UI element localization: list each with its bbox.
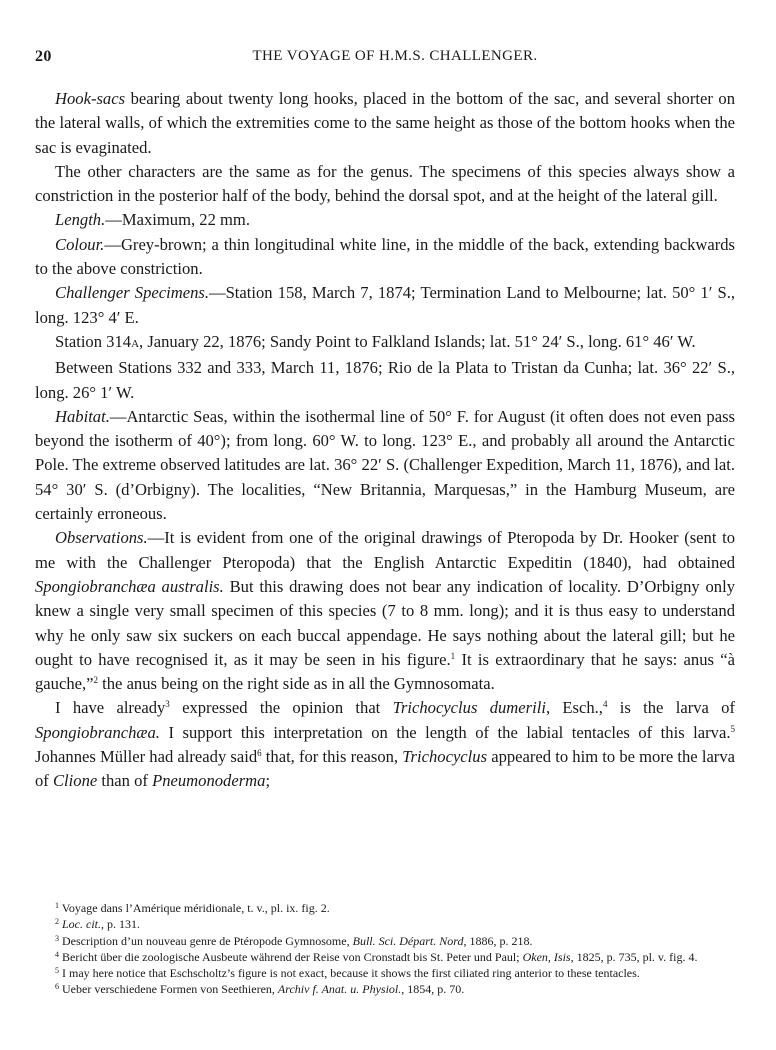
paragraph-text: I have already: [55, 698, 165, 717]
species-name: Pneumonoderma: [152, 771, 265, 790]
footnote-text: , 1854, p. 70.: [401, 982, 464, 996]
paragraph-text: The other characters are the same as for…: [35, 162, 735, 205]
paragraph-text: Station 314: [55, 332, 131, 351]
document-page: 20 THE VOYAGE OF H.M.S. CHALLENGER. Hook…: [0, 0, 776, 1050]
body-text: Hook-sacs bearing about twenty long hook…: [35, 87, 735, 794]
footnote-3: 3 Description d’un nouveau genre de Ptér…: [35, 933, 735, 949]
paragraph-text: the anus being on the right side as in a…: [98, 674, 495, 693]
section-label: Observations.: [55, 528, 148, 547]
footnote-2: 2 Loc. cit., p. 131.: [35, 916, 735, 932]
section-label: Length.: [55, 210, 105, 229]
footnote-4: 4 Bericht über die zoologische Ausbeute …: [35, 949, 735, 965]
paragraph-specimens: Challenger Specimens.—Station 158, March…: [35, 281, 735, 330]
footnote-text: , 1825, p. 735, pl. v. fig. 4.: [571, 950, 698, 964]
footnote-number: 6: [55, 982, 59, 991]
paragraph-text: bearing about twenty long hooks, placed …: [35, 89, 735, 157]
page-header: 20 THE VOYAGE OF H.M.S. CHALLENGER.: [35, 48, 735, 70]
footnote-5: 5 I may here notice that Eschscholtz’s f…: [35, 965, 735, 981]
paragraph-hook-sacs: Hook-sacs bearing about twenty long hook…: [35, 87, 735, 160]
small-caps-suffix: A: [131, 338, 139, 350]
footnote-number: 5: [55, 966, 59, 975]
footnote-citation: Bull. Sci. Départ. Nord: [353, 934, 464, 948]
paragraph-text: than of: [97, 771, 152, 790]
footnote-number: 3: [55, 934, 59, 943]
species-name: Trichocyclus dumerili: [393, 698, 546, 717]
section-label: Colour.: [55, 235, 104, 254]
section-label: Hook-sacs: [55, 89, 125, 108]
paragraph-colour: Colour.—Grey-brown; a thin longitudinal …: [35, 233, 735, 282]
paragraph-text: , Esch.,: [546, 698, 603, 717]
paragraph-length: Length.—Maximum, 22 mm.: [35, 208, 735, 232]
paragraph-text: —Grey-brown; a thin longitudinal white l…: [35, 235, 735, 278]
footnote-ref[interactable]: 5: [731, 724, 736, 734]
footnote-text: I may here notice that Eschscholtz’s fig…: [62, 966, 640, 980]
paragraph-text: ;: [265, 771, 270, 790]
paragraph-text: —Antarctic Seas, within the isothermal l…: [35, 407, 735, 523]
footnote-citation: Loc. cit.: [62, 917, 101, 931]
paragraph-text: Between Stations 332 and 333, March 11, …: [35, 358, 735, 401]
paragraph-habitat: Habitat.—Antarctic Seas, within the isot…: [35, 405, 735, 526]
paragraph-text: expressed the opinion that: [170, 698, 393, 717]
section-label: Challenger Specimens.: [55, 283, 209, 302]
footnote-text: Bericht über die zoologische Ausbeute wä…: [62, 950, 523, 964]
footnote-number: 1: [55, 901, 59, 910]
footnote-text: Ueber verschiedene Formen von Seethieren…: [62, 982, 278, 996]
footnote-number: 4: [55, 950, 59, 959]
paragraph-text: —Maximum, 22 mm.: [105, 210, 250, 229]
footnote-6: 6 Ueber verschiedene Formen von Seethier…: [35, 981, 735, 997]
species-name: Spongiobranchæa australis.: [35, 577, 224, 596]
paragraph-text: that, for this reason,: [262, 747, 403, 766]
footnote-text: Voyage dans l’Amérique méridionale, t. v…: [62, 901, 330, 915]
paragraph-text: is the larva of: [607, 698, 735, 717]
paragraph-text: Johannes Müller had already said: [35, 747, 257, 766]
footnotes: 1 Voyage dans l’Amérique méridionale, t.…: [35, 900, 735, 998]
paragraph-other-characters: The other characters are the same as for…: [35, 160, 735, 209]
paragraph-already: I have already3 expressed the opinion th…: [35, 696, 735, 793]
footnote-text: , 1886, p. 218.: [464, 934, 533, 948]
footnote-citation: Oken, Isis: [523, 950, 571, 964]
paragraph-station-314: Station 314A, January 22, 1876; Sandy Po…: [35, 330, 735, 356]
species-name: Clione: [53, 771, 97, 790]
paragraph-between-stations: Between Stations 332 and 333, March 11, …: [35, 356, 735, 405]
paragraph-text: I support this interpretation on the len…: [160, 723, 731, 742]
footnote-text: Description d’un nouveau genre de Ptérop…: [62, 934, 353, 948]
footnote-number: 2: [55, 917, 59, 926]
footnote-1: 1 Voyage dans l’Amérique méridionale, t.…: [35, 900, 735, 916]
footnote-text: , p. 131.: [101, 917, 140, 931]
paragraph-observations: Observations.—It is evident from one of …: [35, 526, 735, 696]
running-title: THE VOYAGE OF H.M.S. CHALLENGER.: [35, 48, 735, 65]
paragraph-text: , January 22, 1876; Sandy Point to Falkl…: [139, 332, 696, 351]
species-name: Trichocyclus: [402, 747, 487, 766]
section-label: Habitat.: [55, 407, 110, 426]
footnote-citation: Archiv f. Anat. u. Physiol.: [278, 982, 401, 996]
species-name: Spongiobranchæa.: [35, 723, 160, 742]
